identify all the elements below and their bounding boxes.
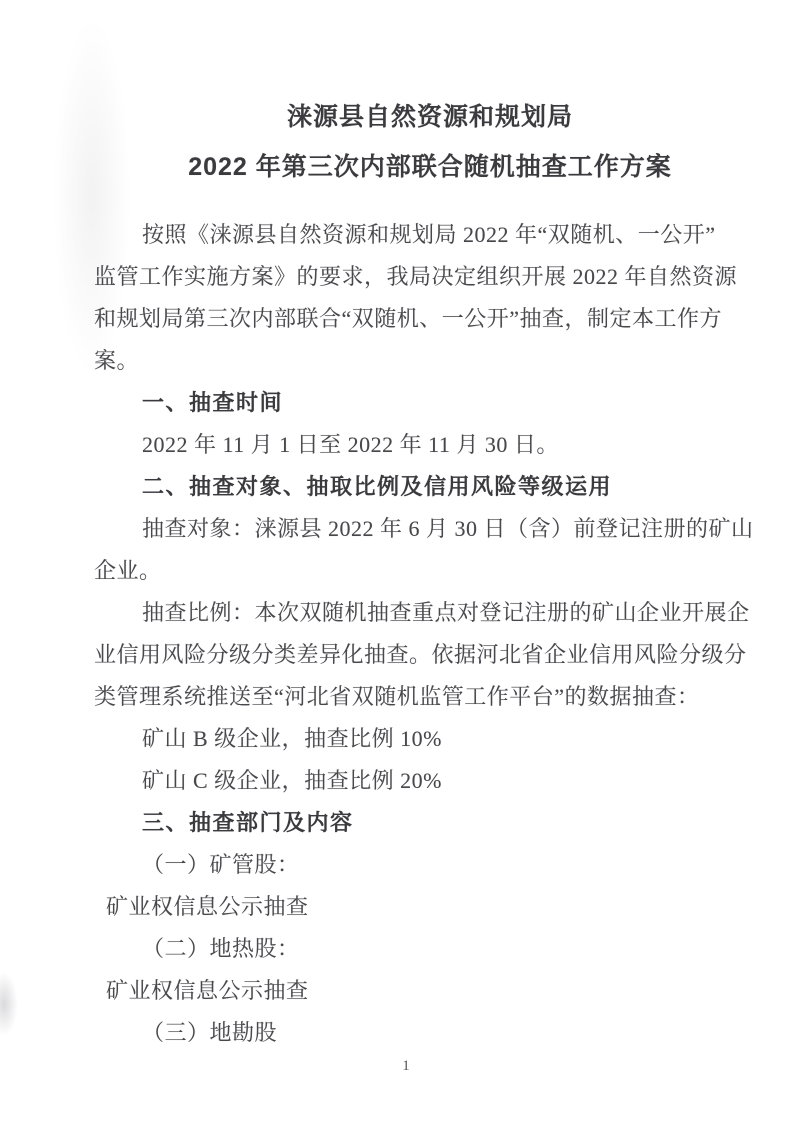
intro-paragraph-line-2: 监管工作实施方案》的要求，我局决定组织开展 2022 年自然资源 [94, 256, 764, 298]
intro-paragraph-line-3: 和规划局第三次内部联合“双随机、一公开”抽查，制定本工作方 [94, 298, 764, 340]
sampling-ratio-line-2: 业信用风险分级分类差异化抽查。依据河北省企业信用风险分级分 [94, 634, 764, 676]
intro-paragraph-line-1: 按照《涞源县自然资源和规划局 2022 年“双随机、一公开” [94, 214, 764, 256]
document-title-line-2: 2022 年第三次内部联合随机抽查工作方案 [48, 142, 812, 192]
section-3-heading: 三、抽查部门及内容 [94, 802, 764, 844]
page-number: 1 [0, 1055, 812, 1077]
inspection-period-text: 2022 年 11 月 1 日至 2022 年 11 月 30 日。 [94, 424, 764, 466]
sampling-ratio-line-3: 类管理系统推送至“河北省双随机监管工作平台”的数据抽查： [94, 676, 764, 718]
dept-2-geothermal: （二）地热股： [94, 928, 764, 970]
intro-paragraph-line-4: 案。 [94, 340, 764, 382]
mine-grade-b-ratio: 矿山 B 级企业，抽查比例 10% [94, 718, 764, 760]
section-1-heading: 一、抽查时间 [94, 382, 764, 424]
document-title-block: 涞源县自然资源和规划局 2022 年第三次内部联合随机抽查工作方案 [0, 92, 812, 192]
dept-1-mining-admin: （一）矿管股： [94, 844, 764, 886]
scan-smudge-artifact [0, 972, 18, 1036]
section-2-heading: 二、抽查对象、抽取比例及信用风险等级运用 [94, 466, 764, 508]
dept-2-inspection-item: 矿业权信息公示抽查 [94, 970, 764, 1012]
document-page: 涞源县自然资源和规划局 2022 年第三次内部联合随机抽查工作方案 按照《涞源县… [0, 0, 812, 1147]
dept-1-inspection-item: 矿业权信息公示抽查 [94, 886, 764, 928]
sampling-ratio-line-1: 抽查比例：本次双随机抽查重点对登记注册的矿山企业开展企 [94, 592, 764, 634]
document-body: 按照《涞源县自然资源和规划局 2022 年“双随机、一公开” 监管工作实施方案》… [94, 214, 764, 1054]
inspection-target-line-2: 企业。 [94, 550, 764, 592]
document-title-line-1: 涞源县自然资源和规划局 [48, 92, 812, 142]
inspection-target-line-1: 抽查对象：涞源县 2022 年 6 月 30 日（含）前登记注册的矿山 [94, 508, 764, 550]
mine-grade-c-ratio: 矿山 C 级企业，抽查比例 20% [94, 760, 764, 802]
dept-3-geological-survey: （三）地勘股 [94, 1012, 764, 1054]
